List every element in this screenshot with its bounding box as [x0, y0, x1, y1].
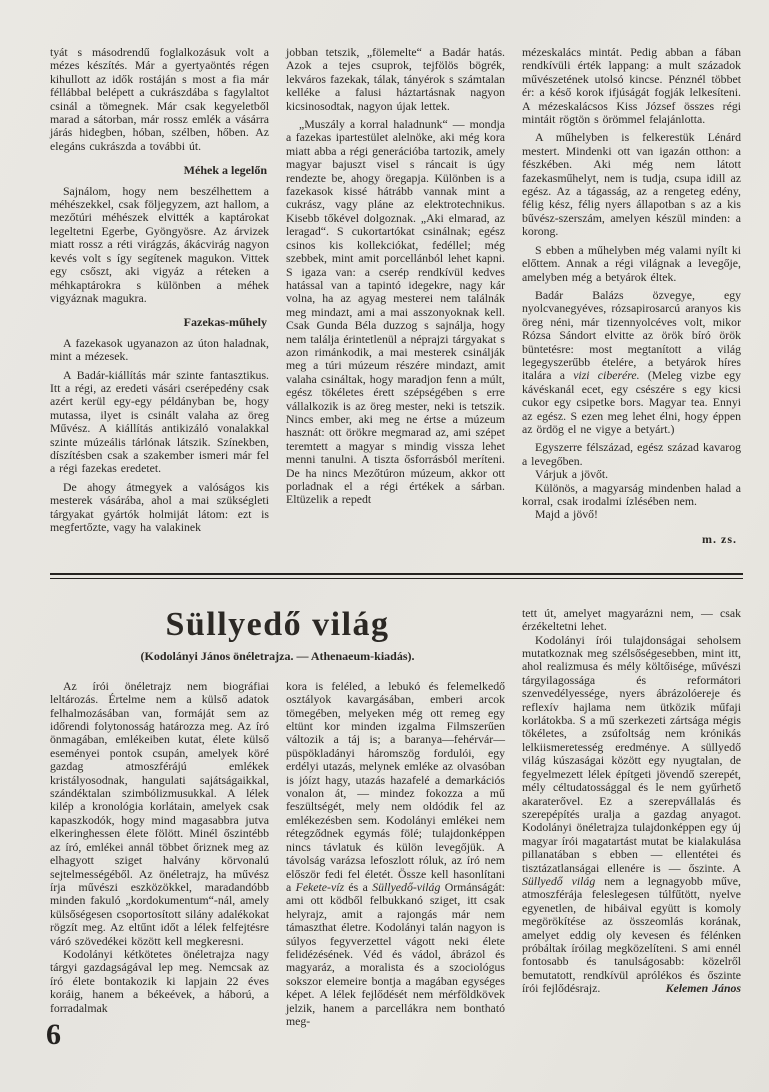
- paragraph: S ebben a műhelyben még valami nyílt ki …: [522, 244, 741, 284]
- article-subtitle: (Kodolányi János önéletrajza. — Athenaeu…: [50, 649, 505, 664]
- top-column-1: tyát s másodrendű foglalkozásuk volt a m…: [50, 46, 269, 547]
- paragraph: A műhelyben is felkerestük Lénárd mester…: [522, 131, 741, 238]
- section-divider: [50, 573, 743, 579]
- paragraph: A fazekasok ugyanazon az úton haladnak, …: [50, 337, 269, 364]
- paragraph-text: és a: [344, 880, 372, 894]
- italic-phrase: vizi ciberére.: [573, 368, 639, 382]
- paragraph: De ahogy átmegyek a valóságos kis mester…: [50, 481, 269, 535]
- article-column-3: tett út, amelyet magyarázni nem, — csak …: [522, 601, 741, 1029]
- page-number: 6: [46, 1018, 61, 1052]
- section-heading-mehek: Méhek a legelőn: [50, 164, 267, 177]
- paragraph: Az írói önéletrajz nem biográfiai leltár…: [50, 680, 269, 948]
- italic-title-sullyedovilag: Süllyedő világ: [522, 874, 595, 888]
- article-columns: Az írói önéletrajz nem biográfiai leltár…: [50, 680, 505, 1029]
- paragraph: Kodolányi kétkötetes önéletrajza nagy tá…: [50, 948, 269, 1015]
- paragraph-text: Ormánságát: ami ott ködből felbukkanó sz…: [286, 880, 505, 1028]
- paragraph: Majd a jövő!: [522, 508, 741, 521]
- article-title-block: Süllyedő világ (Kodolányi János önéletra…: [50, 601, 505, 1029]
- author-initials: m. zs.: [522, 532, 737, 547]
- paragraph-text: Kodolányi írói tulajdonságai seholsem mu…: [522, 633, 741, 875]
- top-column-2: jobban tetszik, „fölemelte“ a Badár hatá…: [286, 46, 505, 547]
- article-column-2: kora is feléled, a lebukó és felemelkedő…: [286, 680, 505, 1029]
- italic-title-sullyedovilag: Süllyedő-világ: [372, 880, 440, 894]
- article-column-1: Az írói önéletrajz nem biográfiai leltár…: [50, 680, 269, 1029]
- article-section: Süllyedő világ (Kodolányi János önéletra…: [50, 601, 743, 1029]
- top-column-3: mézeskalács mintát. Pedig abban a fában …: [522, 46, 741, 547]
- article-author: Kelemen János: [645, 982, 741, 995]
- magazine-page: tyát s másodrendű foglalkozásuk volt a m…: [0, 0, 769, 1028]
- paragraph: A Badár-kiállítás már szinte fantasztiku…: [50, 369, 269, 476]
- paragraph: kora is feléled, a lebukó és felemelkedő…: [286, 680, 505, 1029]
- paragraph: tett út, amelyet magyarázni nem, — csak …: [522, 607, 741, 634]
- paragraph: tyát s másodrendű foglalkozásuk volt a m…: [50, 46, 269, 153]
- section-heading-fazekas: Fazekas-műhely: [50, 316, 267, 329]
- paragraph: Várjuk a jövőt.: [522, 468, 741, 481]
- paragraph: Különös, a magyarság mindenben halad a k…: [522, 482, 741, 509]
- paragraph: Egyszerre félszázad, egész század kavaro…: [522, 441, 741, 468]
- article-title: Süllyedő világ: [50, 607, 505, 643]
- paragraph-text: kora is feléled, a lebukó és felemelkedő…: [286, 679, 505, 894]
- paragraph: Kodolányi írói tulajdonságai seholsem mu…: [522, 634, 741, 996]
- italic-title-feketeviz: Fekete-víz: [296, 880, 344, 894]
- paragraph: jobban tetszik, „fölemelte“ a Badár hatá…: [286, 46, 505, 113]
- paragraph: mézeskalács mintát. Pedig abban a fában …: [522, 46, 741, 126]
- top-section: tyát s másodrendű foglalkozásuk volt a m…: [50, 46, 743, 547]
- paragraph-text: nem a legnagyobb műve, atmoszférája fele…: [522, 874, 741, 995]
- paragraph: „Muszály a korral haladnunk“ — mondja a …: [286, 118, 505, 507]
- paragraph: Badár Balázs özvegye, egy nyolcvanegyéve…: [522, 289, 741, 436]
- paragraph: Sajnálom, hogy nem beszélhettem a méhész…: [50, 185, 269, 306]
